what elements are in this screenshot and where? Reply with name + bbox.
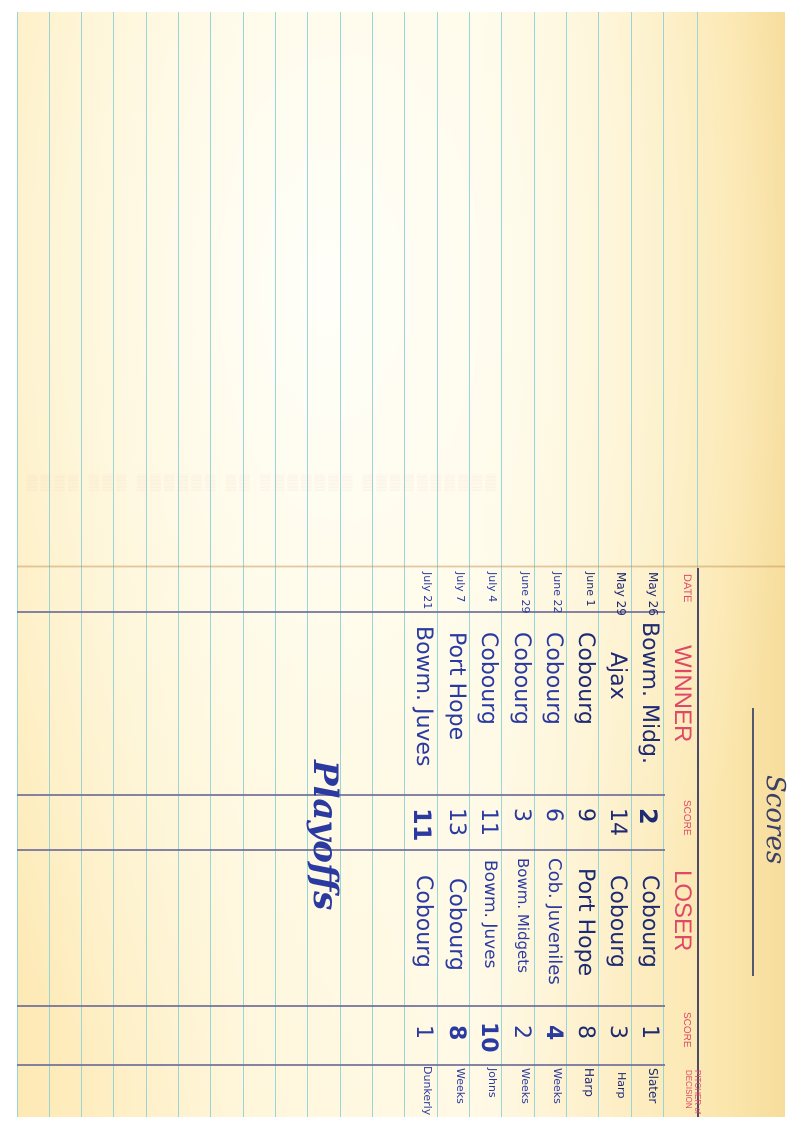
cell-loser: Bowm. Midgets — [514, 858, 532, 973]
cell-loser-score: 3 — [605, 1025, 630, 1039]
cell-winner: Port Hope — [444, 632, 469, 740]
cell-loser: Port Hope — [573, 868, 598, 976]
cell-winner-score: 6 — [541, 808, 566, 822]
cell-winner: Ajax — [605, 652, 630, 700]
cell-date: July 7 — [454, 572, 467, 602]
cell-date: June 1 — [584, 572, 597, 606]
page-title: Scores — [760, 775, 790, 864]
cell-loser: Bowm. Juves — [480, 860, 500, 969]
page-fold — [17, 565, 785, 568]
title-underline — [752, 708, 754, 976]
cell-loser-score: 4 — [541, 1025, 566, 1040]
cell-loser-score: 8 — [573, 1025, 598, 1039]
cell-loser-score: 1 — [411, 1025, 436, 1039]
bleed-through-text: ▒▒▒▒ ▒▒▒ ▒▒▒▒▒▒ ▒▒ ▒▒▒▒▒▒▒ ▒▒▒▒▒▒▒▒▒▒ — [27, 474, 777, 490]
cell-pitcher: Weeks — [454, 1068, 467, 1104]
cell-loser-score: 1 — [637, 1025, 662, 1039]
cell-pitcher: Johns — [486, 1068, 499, 1098]
header-border — [697, 568, 699, 1117]
cell-pitcher: Weeks — [519, 1068, 532, 1104]
cell-pitcher: Slater — [646, 1068, 660, 1103]
cell-pitcher: Harp — [582, 1068, 596, 1097]
cell-loser: Cobourg — [637, 875, 662, 968]
cell-winner: Bowm. Juves — [411, 626, 436, 766]
cell-winner: Cobourg — [573, 632, 598, 725]
header-loser: LOSER — [668, 870, 696, 951]
cell-winner-score: 2 — [634, 808, 662, 825]
cell-winner-score: 11 — [476, 808, 501, 836]
cell-winner: Bowm. Midg. — [637, 622, 662, 764]
cell-pitcher: Dunkerly — [421, 1066, 434, 1115]
cell-winner-score: 13 — [444, 808, 469, 836]
cell-winner-score: 14 — [605, 808, 630, 836]
header-winner-score: SCORE — [681, 800, 692, 836]
cell-date: May 26 — [646, 572, 660, 616]
cell-loser-score: 10 — [476, 1022, 501, 1053]
cell-loser: Cobourg — [411, 875, 436, 968]
cell-loser: Cobourg — [444, 878, 469, 971]
cell-loser: Cobourg — [605, 875, 630, 968]
divider-loser — [17, 1005, 665, 1007]
cell-pitcher: Harp — [615, 1072, 628, 1099]
header-loser-score: SCORE — [681, 1012, 692, 1048]
cell-date: May 29 — [614, 572, 628, 616]
cell-loser-score: 2 — [509, 1025, 534, 1039]
cell-winner: Cobourg — [476, 632, 501, 725]
divider-date — [17, 611, 665, 613]
cell-winner: Cobourg — [541, 632, 566, 725]
cell-pitcher: Weeks — [551, 1068, 564, 1104]
cell-winner-score: 11 — [408, 808, 436, 841]
divider-loser-score — [17, 1064, 665, 1066]
header-date: DATE — [681, 574, 693, 603]
cell-date: June 29 — [519, 572, 532, 613]
cell-date: June 22 — [551, 572, 564, 613]
cell-date: July 21 — [421, 572, 434, 609]
playoffs-annotation: Playoffs — [305, 760, 345, 910]
cell-winner: Cobourg — [509, 632, 534, 725]
cell-winner-score: 3 — [509, 808, 534, 822]
header-pitcher: PITCHER of DECISION — [684, 1070, 702, 1118]
cell-loser: Cob. Juveniles — [544, 858, 565, 985]
cell-winner-score: 9 — [573, 808, 598, 822]
cell-date: July 4 — [486, 572, 499, 602]
header-winner: WINNER — [668, 645, 696, 742]
cell-loser-score: 8 — [444, 1025, 469, 1040]
